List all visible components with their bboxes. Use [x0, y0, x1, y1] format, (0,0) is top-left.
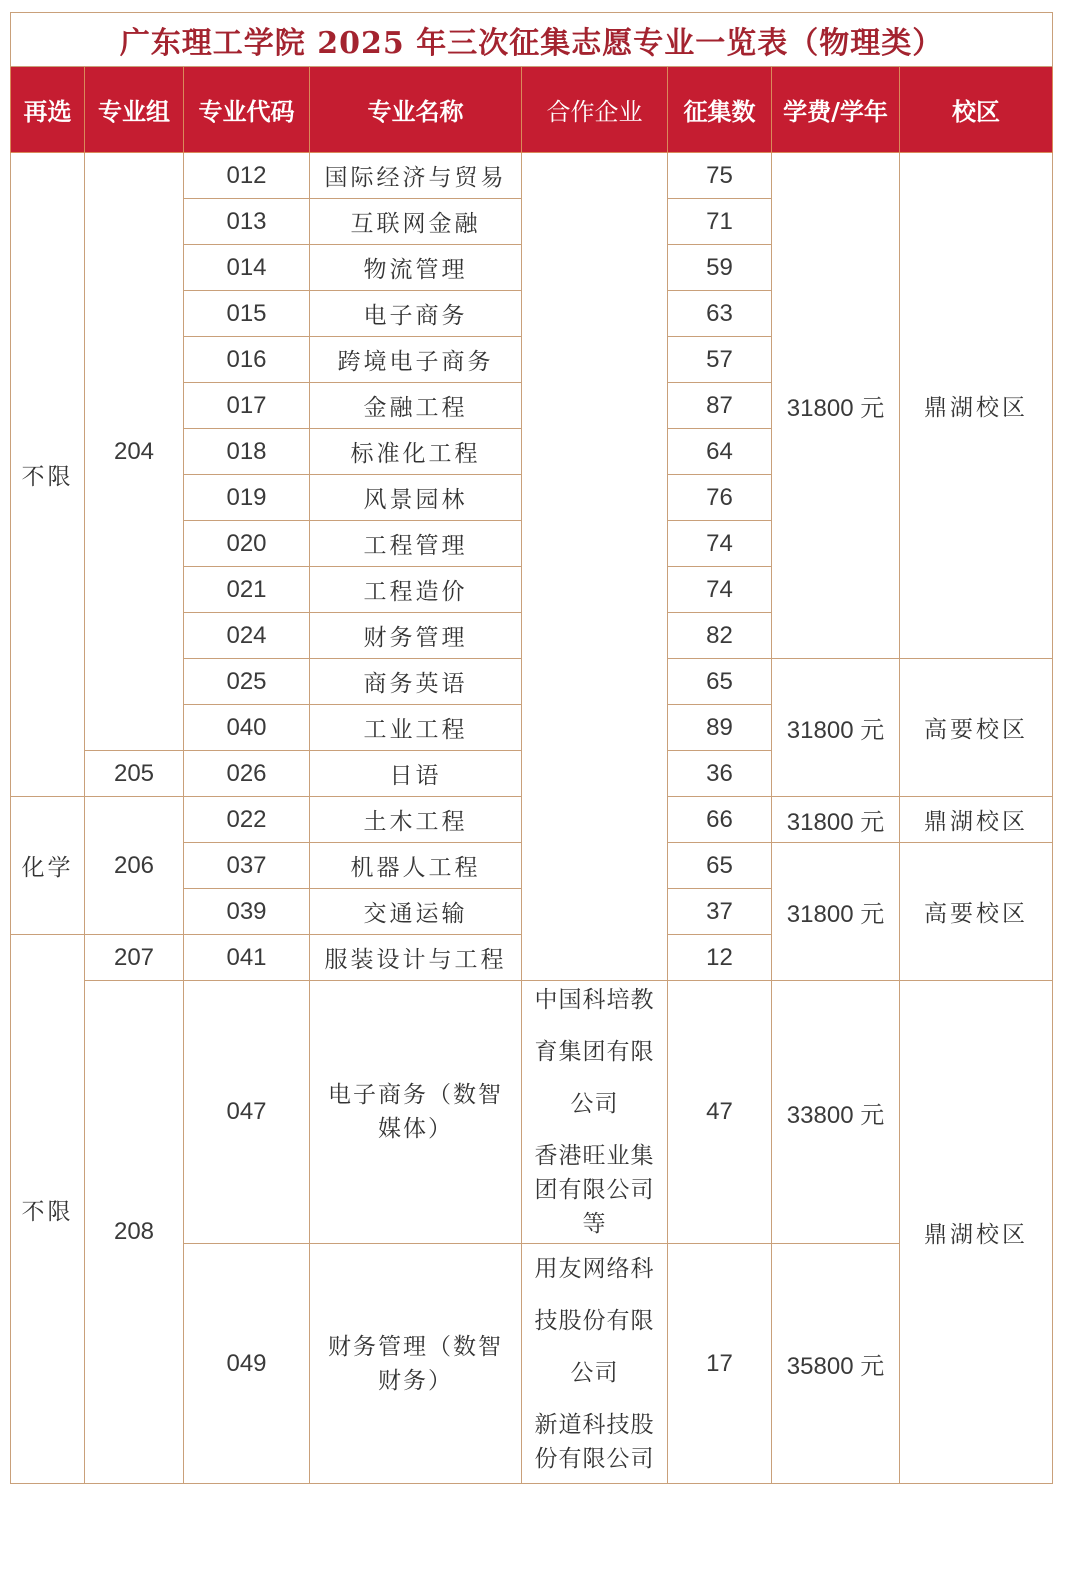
- partner-cell: 中国科培教 育集团有限 公司 香港旺业集 团有限公司 等: [522, 981, 668, 1244]
- quota-cell: 57: [668, 337, 772, 383]
- code-cell: 047: [184, 981, 310, 1244]
- page-title: 广东理工学院 2025 年三次征集志愿专业一览表（物理类）: [11, 13, 1053, 67]
- major-cell: 土木工程: [310, 797, 522, 843]
- header-major: 专业名称: [310, 67, 522, 153]
- header-group: 专业组: [85, 67, 184, 153]
- code-cell: 040: [184, 705, 310, 751]
- tuition-cell: 31800 元: [772, 843, 900, 981]
- quota-cell: 12: [668, 935, 772, 981]
- major-cell: 工程管理: [310, 521, 522, 567]
- header-tuition: 学费/学年: [772, 67, 900, 153]
- partner-cell: 用友网络科 技股份有限 公司 新道科技股 份有限公司: [522, 1244, 668, 1484]
- quota-cell: 82: [668, 613, 772, 659]
- code-cell: 039: [184, 889, 310, 935]
- partner-line: 育集团有限: [522, 1035, 667, 1069]
- major-cell: 机器人工程: [310, 843, 522, 889]
- quota-cell: 71: [668, 199, 772, 245]
- major-cell: 电子商务: [310, 291, 522, 337]
- quota-cell: 76: [668, 475, 772, 521]
- quota-cell: 74: [668, 521, 772, 567]
- quota-cell: 47: [668, 981, 772, 1244]
- code-cell: 017: [184, 383, 310, 429]
- major-cell: 电子商务（数智媒体）: [310, 981, 522, 1244]
- code-cell: 037: [184, 843, 310, 889]
- quota-cell: 87: [668, 383, 772, 429]
- major-cell: 跨境电子商务: [310, 337, 522, 383]
- reselect-cell: 不限: [11, 935, 85, 1484]
- tuition-cell: 33800 元: [772, 981, 900, 1244]
- quota-cell: 66: [668, 797, 772, 843]
- reselect-cell: 化学: [11, 797, 85, 935]
- partner-line: 份有限公司: [522, 1442, 667, 1476]
- major-cell: 物流管理: [310, 245, 522, 291]
- tuition-cell: 31800 元: [772, 153, 900, 659]
- table-row: 不限 204 012 国际经济与贸易 75 31800 元 鼎湖校区: [11, 153, 1053, 199]
- code-cell: 024: [184, 613, 310, 659]
- major-cell: 工程造价: [310, 567, 522, 613]
- tuition-cell: 35800 元: [772, 1244, 900, 1484]
- majors-table: 广东理工学院 2025 年三次征集志愿专业一览表（物理类） 再选 专业组 专业代…: [10, 12, 1053, 1484]
- quota-cell: 65: [668, 843, 772, 889]
- header-partner: 合作企业: [522, 67, 668, 153]
- partner-line: 香港旺业集: [522, 1139, 667, 1173]
- major-cell: 工业工程: [310, 705, 522, 751]
- partner-line: 公司: [522, 1356, 667, 1390]
- group-cell: 205: [85, 751, 184, 797]
- major-cell: 风景园林: [310, 475, 522, 521]
- group-cell: 208: [85, 981, 184, 1484]
- tuition-cell: 31800 元: [772, 797, 900, 843]
- major-cell: 互联网金融: [310, 199, 522, 245]
- major-cell: 国际经济与贸易: [310, 153, 522, 199]
- partner-line: 技股份有限: [522, 1304, 667, 1338]
- header-row: 再选 专业组 专业代码 专业名称 合作企业 征集数 学费/学年 校区: [11, 67, 1053, 153]
- code-cell: 016: [184, 337, 310, 383]
- header-quota: 征集数: [668, 67, 772, 153]
- code-cell: 021: [184, 567, 310, 613]
- major-cell: 商务英语: [310, 659, 522, 705]
- header-reselect: 再选: [11, 67, 85, 153]
- header-code: 专业代码: [184, 67, 310, 153]
- quota-cell: 75: [668, 153, 772, 199]
- major-cell: 财务管理: [310, 613, 522, 659]
- code-cell: 049: [184, 1244, 310, 1484]
- code-cell: 013: [184, 199, 310, 245]
- partner-line: 等: [522, 1207, 667, 1241]
- major-cell: 日语: [310, 751, 522, 797]
- campus-cell: 鼎湖校区: [900, 981, 1053, 1484]
- header-campus: 校区: [900, 67, 1053, 153]
- code-cell: 025: [184, 659, 310, 705]
- quota-cell: 74: [668, 567, 772, 613]
- quota-cell: 36: [668, 751, 772, 797]
- code-cell: 018: [184, 429, 310, 475]
- campus-cell: 鼎湖校区: [900, 797, 1053, 843]
- campus-cell: 高要校区: [900, 659, 1053, 797]
- quota-cell: 63: [668, 291, 772, 337]
- group-cell: 207: [85, 935, 184, 981]
- partner-cell-empty: [522, 153, 668, 981]
- partner-line: 团有限公司: [522, 1173, 667, 1207]
- enrollment-sheet: 广东理工学院 2025 年三次征集志愿专业一览表（物理类） 再选 专业组 专业代…: [10, 12, 1052, 1484]
- partner-line: 公司: [522, 1087, 667, 1121]
- code-cell: 015: [184, 291, 310, 337]
- campus-cell: 高要校区: [900, 843, 1053, 981]
- quota-cell: 89: [668, 705, 772, 751]
- quota-cell: 17: [668, 1244, 772, 1484]
- major-cell: 金融工程: [310, 383, 522, 429]
- quota-cell: 37: [668, 889, 772, 935]
- code-cell: 012: [184, 153, 310, 199]
- major-cell: 交通运输: [310, 889, 522, 935]
- partner-line: 中国科培教: [522, 983, 667, 1017]
- group-cell: 204: [85, 153, 184, 751]
- code-cell: 019: [184, 475, 310, 521]
- quota-cell: 64: [668, 429, 772, 475]
- partner-line: 新道科技股: [522, 1408, 667, 1442]
- partner-line: 用友网络科: [522, 1252, 667, 1286]
- major-cell: 财务管理（数智财务）: [310, 1244, 522, 1484]
- code-cell: 041: [184, 935, 310, 981]
- code-cell: 026: [184, 751, 310, 797]
- code-cell: 020: [184, 521, 310, 567]
- table-row: 208 047 电子商务（数智媒体） 中国科培教 育集团有限 公司 香港旺业集 …: [11, 981, 1053, 1244]
- major-cell: 服装设计与工程: [310, 935, 522, 981]
- major-cell: 标准化工程: [310, 429, 522, 475]
- tuition-cell: 31800 元: [772, 659, 900, 797]
- group-cell: 206: [85, 797, 184, 935]
- campus-cell: 鼎湖校区: [900, 153, 1053, 659]
- code-cell: 014: [184, 245, 310, 291]
- reselect-cell: 不限: [11, 153, 85, 797]
- quota-cell: 65: [668, 659, 772, 705]
- quota-cell: 59: [668, 245, 772, 291]
- code-cell: 022: [184, 797, 310, 843]
